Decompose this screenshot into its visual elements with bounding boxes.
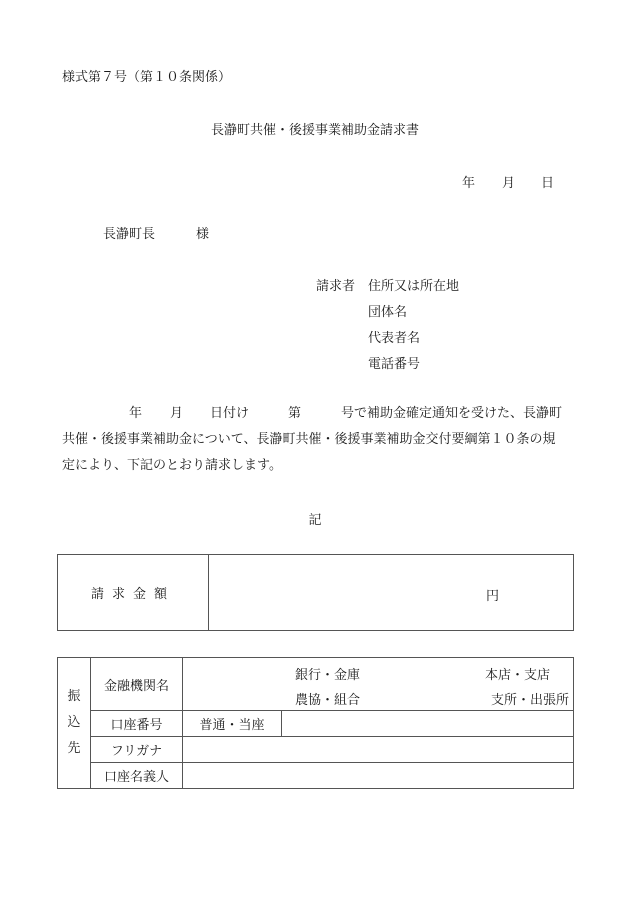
account-number-label: 口座番号: [91, 711, 183, 737]
body-year: 年: [129, 401, 142, 427]
furigana-field[interactable]: [183, 737, 574, 763]
body-month: 月: [170, 401, 183, 427]
date-day: 日: [541, 172, 554, 191]
branch-type-1: 本店・支店: [485, 664, 550, 683]
body-dai: 第: [288, 401, 301, 427]
date-year: 年: [462, 172, 475, 191]
institution-field[interactable]: 銀行・金庫 本店・支店 農協・組合 支所・出張所: [183, 658, 574, 711]
body-day: 日付け: [210, 401, 249, 427]
applicant-address-label: 住所又は所在地: [368, 275, 459, 294]
addressee-honorific: 様: [196, 223, 209, 242]
addressee: 長瀞町長 様: [103, 223, 155, 242]
amount-field[interactable]: 円: [209, 555, 574, 631]
institution-type-2: 農協・組合: [295, 689, 360, 708]
account-holder-label: 口座名義人: [91, 763, 183, 789]
bank-transfer-table: 振 込 先 金融機関名 銀行・金庫 本店・支店 農協・組合 支所・出張所 口座番…: [57, 657, 574, 789]
vertical-char: 振: [58, 684, 90, 710]
amount-label: 請求金額: [58, 555, 209, 631]
body-line2: 共催・後援事業補助金について、長瀞町共催・後援事業補助金交付要綱第１０条の規: [62, 427, 582, 453]
applicant-rep-label: 代表者名: [368, 327, 420, 346]
body-line3: 定により、下記のとおり請求します。: [62, 453, 582, 479]
branch-type-2: 支所・出張所: [491, 689, 569, 708]
body-paragraph: 年 月 日付け 第 号で補助金確定通知を受けた、長瀞町 共催・後援事業補助金につ…: [62, 401, 582, 479]
account-holder-field[interactable]: [183, 763, 574, 789]
ki-heading: 記: [0, 509, 630, 528]
document-title: 長瀞町共催・後援事業補助金請求書: [0, 119, 630, 138]
applicant-phone-label: 電話番号: [368, 353, 420, 372]
applicant-label: 請求者: [316, 275, 355, 294]
institution-type-1: 銀行・金庫: [295, 664, 360, 683]
institution-label: 金融機関名: [91, 658, 183, 711]
yen-unit: 円: [486, 585, 499, 604]
vertical-char: 先: [58, 736, 90, 762]
body-line1-rest: 号で補助金確定通知を受けた、長瀞町: [341, 401, 562, 427]
transfer-section-label: 振 込 先: [58, 658, 91, 789]
account-number-field[interactable]: [282, 711, 574, 737]
applicant-org-label: 団体名: [368, 301, 407, 320]
form-number: 様式第７号（第１０条関係）: [62, 66, 231, 85]
addressee-name: 長瀞町長: [103, 227, 155, 242]
vertical-char: 込: [58, 710, 90, 736]
furigana-label: フリガナ: [91, 737, 183, 763]
account-type[interactable]: 普通・当座: [183, 711, 282, 737]
date-month: 月: [502, 172, 515, 191]
amount-table: 請求金額 円: [57, 554, 574, 631]
